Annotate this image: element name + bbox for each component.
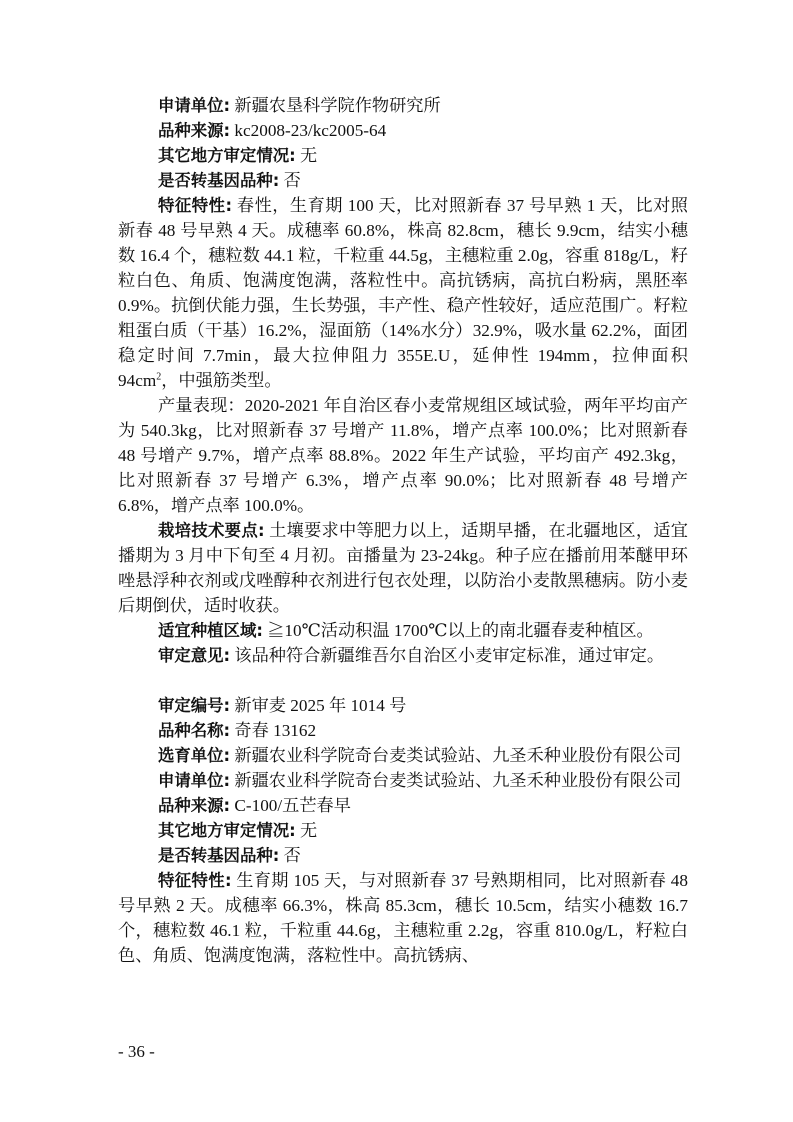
field-value: 新疆农业科学院奇台麦类试验站、九圣禾种业股份有限公司 xyxy=(230,771,681,790)
field-value: 奇春 13162 xyxy=(230,721,316,740)
field-label: 特征特性: xyxy=(158,196,232,215)
approval-number-line: 审定编号: 新审麦 2025 年 1014 号 xyxy=(118,693,688,718)
field-label: 申请单位: xyxy=(158,771,230,790)
other-regions-line: 其它地方审定情况: 无 xyxy=(118,143,688,168)
field-value: 无 xyxy=(296,821,318,840)
field-value: 新疆农业科学院奇台麦类试验站、九圣禾种业股份有限公司 xyxy=(230,746,681,765)
gmo-line: 是否转基因品种: 否 xyxy=(118,168,688,193)
source-line: 品种来源: C-100/五芒春早 xyxy=(118,793,688,818)
field-value: 新审麦 2025 年 1014 号 xyxy=(230,696,406,715)
gmo-line: 是否转基因品种: 否 xyxy=(118,843,688,868)
traits-paragraph: 特征特性: 生育期 105 天，与对照新春 37 号熟期相同，比对照新春 48 … xyxy=(118,868,688,968)
field-label: 是否转基因品种: xyxy=(158,171,279,190)
field-value: ≧10℃活动积温 1700℃以上的南北疆春麦种植区。 xyxy=(263,621,654,640)
field-label: 品种来源: xyxy=(158,796,230,815)
other-regions-line: 其它地方审定情况: 无 xyxy=(118,818,688,843)
breeder-paragraph: 选育单位: 新疆农业科学院奇台麦类试验站、九圣禾种业股份有限公司 xyxy=(118,743,688,768)
document-page: 申请单位: 新疆农垦科学院作物研究所 品种来源: kc2008-23/kc200… xyxy=(118,93,688,968)
field-value: 新疆农垦科学院作物研究所 xyxy=(230,96,441,115)
field-label: 其它地方审定情况: xyxy=(158,146,296,165)
field-label: 选育单位: xyxy=(158,746,230,765)
field-value-tail: ，中强筋类型。 xyxy=(161,371,281,390)
field-label: 适宜种植区域: xyxy=(158,621,263,640)
field-value: 否 xyxy=(279,171,301,190)
yield-paragraph: 产量表现：2020-2021 年自治区春小麦常规组区域试验，两年平均亩产为 54… xyxy=(118,393,688,518)
field-label: 审定编号: xyxy=(158,696,230,715)
field-value: 否 xyxy=(279,846,301,865)
cultivation-paragraph: 栽培技术要点: 土壤要求中等肥力以上，适期早播，在北疆地区，适宜播期为 3 月中… xyxy=(118,518,688,618)
field-label: 品种来源: xyxy=(158,121,230,140)
applicant-line: 申请单位: 新疆农垦科学院作物研究所 xyxy=(118,93,688,118)
source-line: 品种来源: kc2008-23/kc2005-64 xyxy=(118,118,688,143)
section-gap xyxy=(118,668,688,693)
field-label: 申请单位: xyxy=(158,96,230,115)
field-value: 春性，生育期 100 天，比对照新春 37 号早熟 1 天，比对照新春 48 号… xyxy=(118,196,688,390)
page-number: - 36 - xyxy=(118,1042,155,1062)
field-label: 特征特性: xyxy=(158,871,232,890)
field-value: 无 xyxy=(296,146,318,165)
field-value: C-100/五芒春早 xyxy=(230,796,351,815)
field-value: 该品种符合新疆维吾尔自治区小麦审定标准，通过审定。 xyxy=(230,646,664,665)
applicant-paragraph: 申请单位: 新疆农业科学院奇台麦类试验站、九圣禾种业股份有限公司 xyxy=(118,768,688,793)
field-label: 其它地方审定情况: xyxy=(158,821,296,840)
traits-paragraph: 特征特性: 春性，生育期 100 天，比对照新春 37 号早熟 1 天，比对照新… xyxy=(118,193,688,393)
field-label: 栽培技术要点: xyxy=(158,521,265,540)
field-label: 是否转基因品种: xyxy=(158,846,279,865)
field-value: kc2008-23/kc2005-64 xyxy=(230,121,386,140)
variety-name-line: 品种名称: 奇春 13162 xyxy=(118,718,688,743)
field-label: 品种名称: xyxy=(158,721,230,740)
field-label: 审定意见: xyxy=(158,646,230,665)
opinion-paragraph: 审定意见: 该品种符合新疆维吾尔自治区小麦审定标准，通过审定。 xyxy=(118,643,688,668)
region-paragraph: 适宜种植区域: ≧10℃活动积温 1700℃以上的南北疆春麦种植区。 xyxy=(118,618,688,643)
